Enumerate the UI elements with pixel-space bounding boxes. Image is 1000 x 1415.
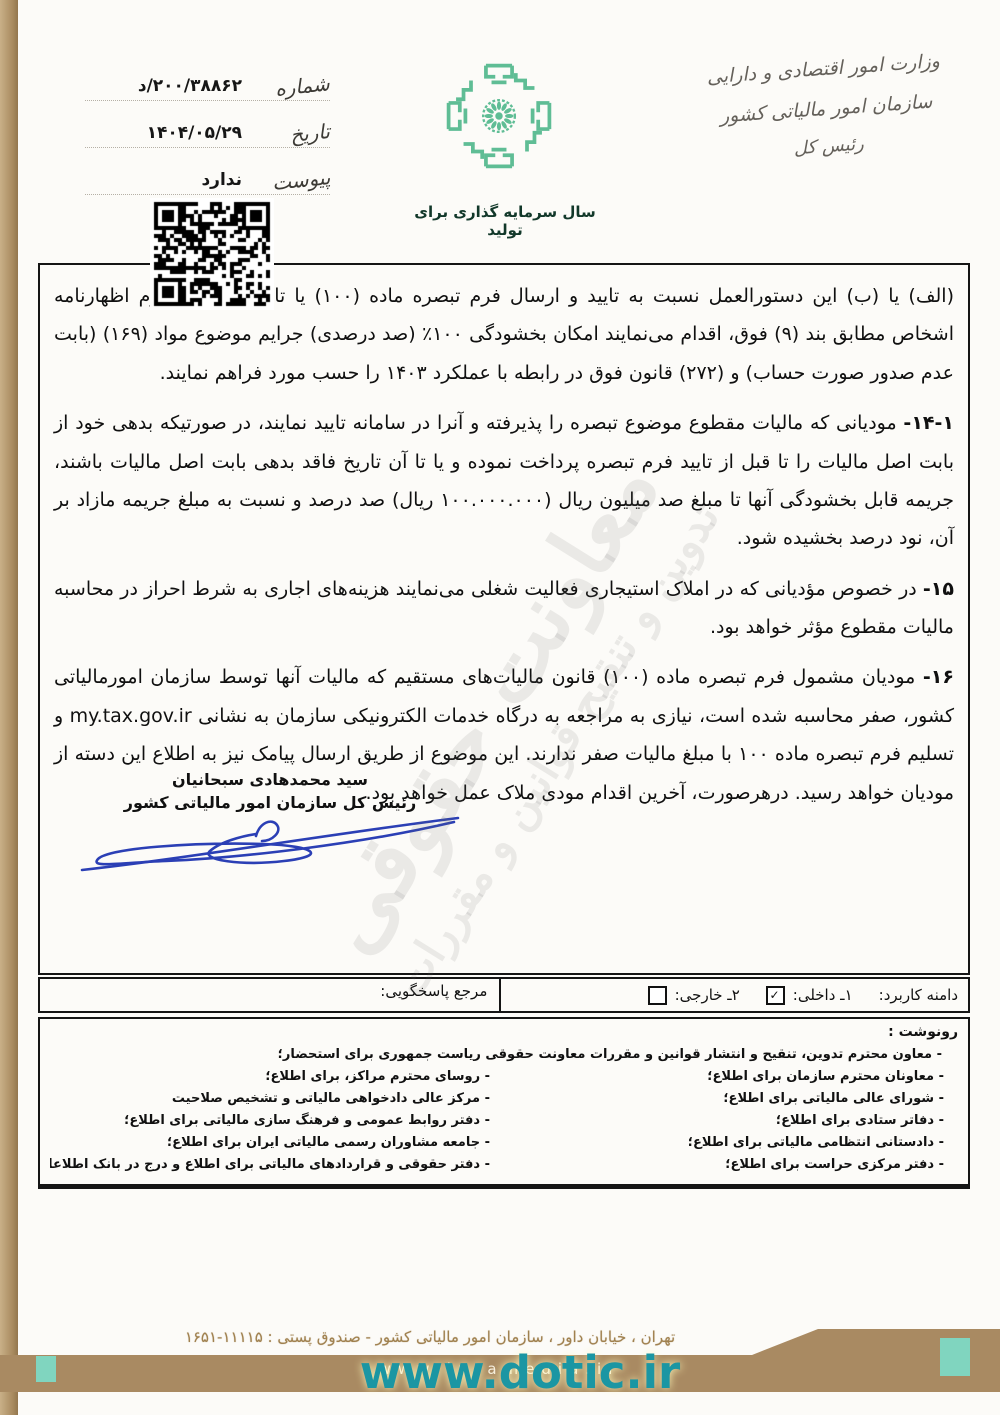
attachment-label: پیوست [271, 165, 332, 195]
cc-item: - دفتر حقوقی و قراردادهای مالیاتی برای ا… [50, 1154, 504, 1176]
document-page: ۲۰۰/۳۸۸۶۲/د شماره ۱۴۰۴/۰۵/۲۹ تاریخ ندارد… [0, 0, 1000, 1415]
document-number: ۲۰۰/۳۸۸۶۲/د [138, 76, 242, 96]
paragraph-14-1: ۱۴-۱- مودیانی که مالیات مقطوع موضوع تبصر… [54, 404, 954, 558]
cc-item: - شورای عالی مالیاتی برای اطلاع؛ [504, 1088, 958, 1110]
internal-label: ۱ـ داخلی: [793, 986, 853, 1004]
scope-cell: دامنه کاربرد: ۱ـ داخلی: ✓ ۲ـ خارجی: [499, 979, 968, 1011]
cc-item: - معاونان محترم سازمان برای اطلاع؛ [504, 1066, 958, 1088]
number-label: شماره [274, 71, 331, 101]
paragraph-text: مودیانی که مالیات مقطوع موضوع تبصره را پ… [54, 412, 954, 549]
dotic-watermark: www.dotic.ir [310, 1346, 730, 1399]
org-letterhead: وزارت امور اقتصادی و دارایی سازمان امور … [677, 48, 975, 167]
header-meta: ۲۰۰/۳۸۸۶۲/د شماره ۱۴۰۴/۰۵/۲۹ تاریخ ندارد… [85, 66, 330, 207]
paragraph-text: در خصوص مؤدیانی که در املاک استیجاری فعا… [54, 578, 954, 638]
external-checkbox [648, 986, 667, 1005]
qr-code [150, 198, 274, 310]
meta-row-number: ۲۰۰/۳۸۸۶۲/د شماره [85, 66, 330, 101]
cc-item: - دفتر مرکزی حراست برای اطلاع؛ [504, 1154, 958, 1176]
internal-checkbox: ✓ [766, 986, 785, 1005]
left-edge-strip [0, 0, 18, 1415]
teal-square-right [940, 1338, 970, 1376]
document-date: ۱۴۰۴/۰۵/۲۹ [147, 123, 242, 143]
cc-title: رونوشت : [50, 1024, 958, 1044]
director-title: رئیس کل [682, 126, 975, 167]
reference-label: مرجع پاسخگویی: [380, 982, 487, 1000]
paragraph-number: ۱۶- [923, 666, 954, 688]
meta-row-attachment: ندارد پیوست [85, 160, 330, 195]
organization-name: سازمان امور مالیاتی کشور [680, 88, 973, 130]
paragraph-number: ۱۴-۱- [903, 412, 954, 434]
cc-item: - مرکز عالی دادخواهی مالیاتی و تشخیص صلا… [50, 1088, 504, 1110]
cc-item-full: - معاون محترم تدوین، تنقیح و انتشار قوان… [50, 1044, 958, 1066]
scope-table: دامنه کاربرد: ۱ـ داخلی: ✓ ۲ـ خارجی: مرجع… [38, 977, 970, 1013]
date-label: تاریخ [289, 119, 331, 147]
cc-item: - دفتر روابط عمومی و فرهنگ سازی مالیاتی … [50, 1110, 504, 1132]
cc-item: - دفاتر ستادی برای اطلاع؛ [504, 1110, 958, 1132]
signer-name: سید محمدهادی سبحانیان [95, 770, 445, 789]
cc-item: - دادستانی انتظامی مالیاتی برای اطلاع؛ [504, 1132, 958, 1154]
cc-grid: - معاونان محترم سازمان برای اطلاع؛ - روس… [50, 1066, 958, 1176]
attachment-value: ندارد [201, 170, 242, 190]
ministry-name: وزارت امور اقتصادی و دارایی [677, 48, 970, 90]
tax-organization-logo-icon [443, 60, 555, 172]
meta-row-date: ۱۴۰۴/۰۵/۲۹ تاریخ [85, 113, 330, 148]
reference-cell: مرجع پاسخگویی: [40, 979, 499, 1011]
letter-body: (الف) یا (ب) این دستورالعمل نسبت به تایی… [38, 263, 970, 975]
signature-block: سید محمدهادی سبحانیان رئیس کل سازمان امو… [95, 770, 445, 812]
cc-box: رونوشت : - معاون محترم تدوین، تنقیح و ان… [38, 1017, 970, 1189]
scope-label: دامنه کاربرد: [879, 986, 958, 1004]
paragraph-15: ۱۵- در خصوص مؤدیانی که در املاک استیجاری… [54, 570, 954, 647]
external-label: ۲ـ خارجی: [675, 986, 740, 1004]
cc-item: - روسای محترم مراکز، برای اطلاع؛ [50, 1066, 504, 1088]
year-slogan: سال سرمایه گذاری برای تولید [405, 203, 605, 239]
footer-address: تهران ، خیابان داور ، سازمان امور مالیات… [130, 1328, 730, 1346]
teal-square-left [36, 1356, 56, 1382]
handwritten-signature [70, 808, 470, 888]
scope-external: ۲ـ خارجی: [648, 986, 740, 1005]
cc-item: - جامعه مشاوران رسمی مالیاتی ایران برای … [50, 1132, 504, 1154]
scope-internal: ۱ـ داخلی: ✓ [766, 986, 853, 1005]
paragraph-number: ۱۵- [923, 578, 954, 600]
